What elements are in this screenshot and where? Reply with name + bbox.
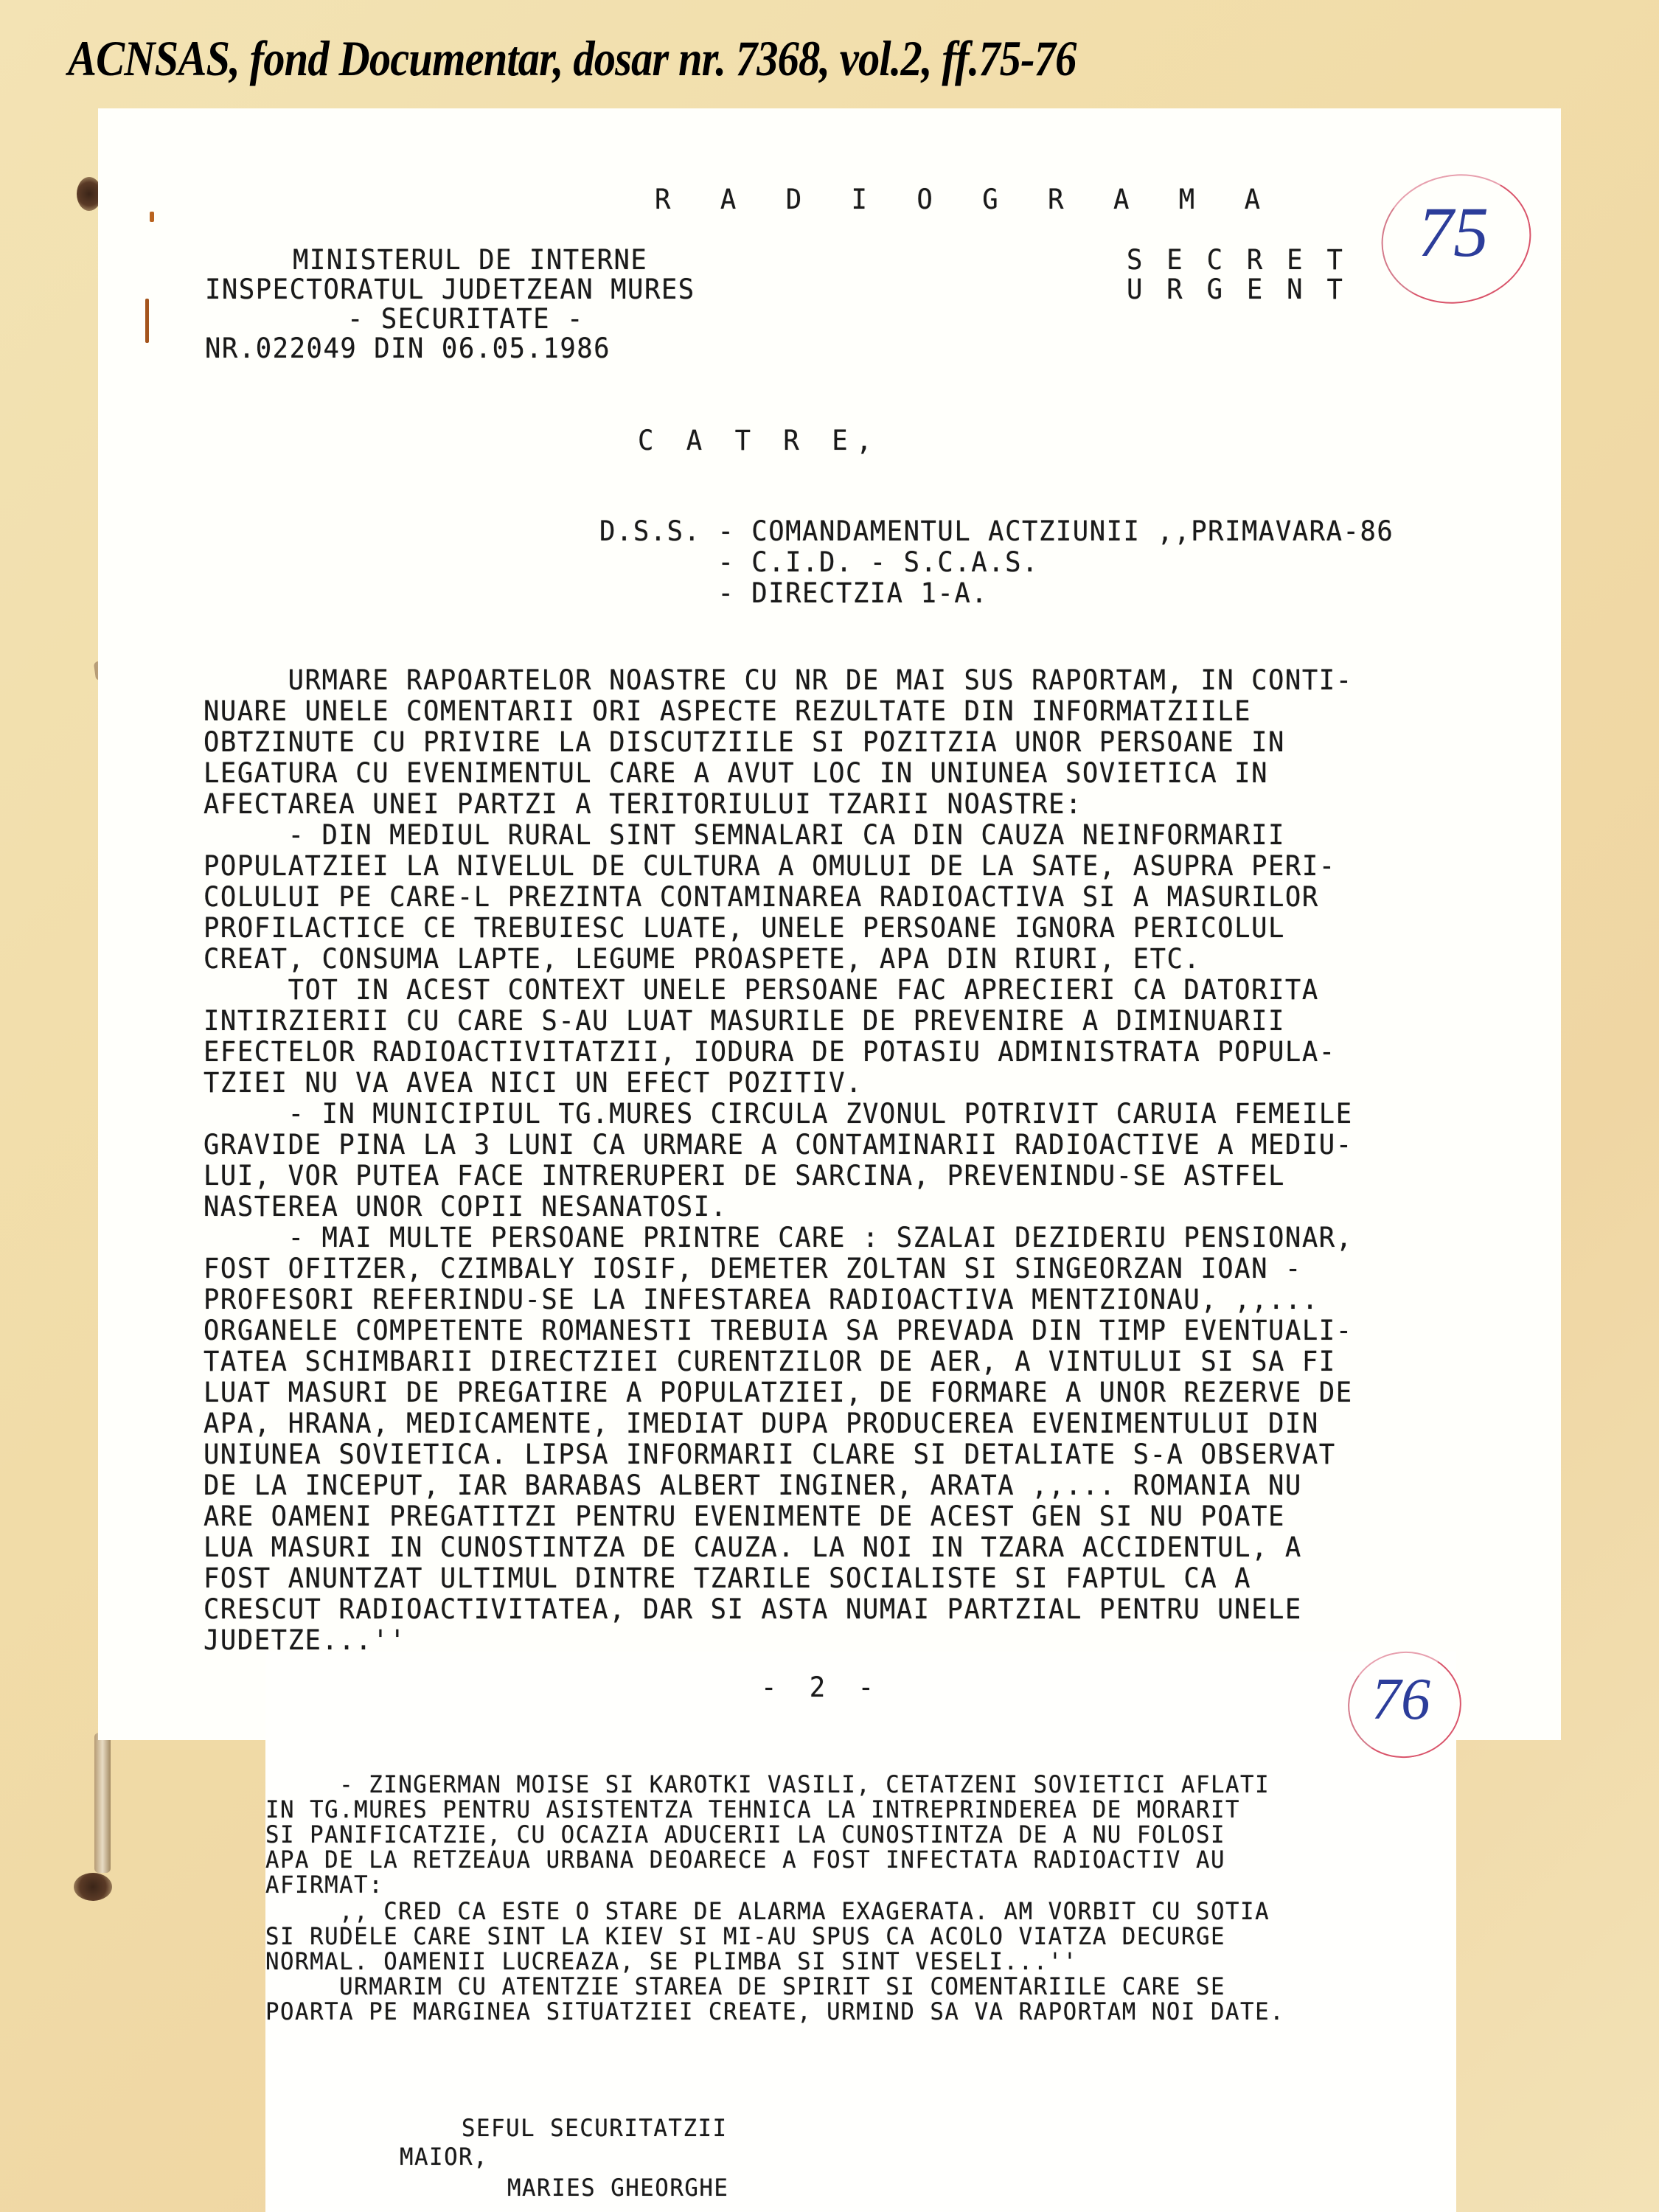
body-line: COLULUI PE CARE-L PREZINTA CONTAMINAREA … <box>204 882 1353 913</box>
body-line: LUAT MASURI DE PREGATIRE A POPULATZIEI, … <box>204 1377 1353 1408</box>
body-line: OBTZINUTE CU PRIVIRE LA DISCUTZIILE SI P… <box>204 727 1353 758</box>
body-line: UNIUNEA SOVIETICA. LIPSA INFORMARII CLAR… <box>204 1439 1353 1470</box>
body-line: - ZINGERMAN MOISE SI KAROTKI VASILI, CET… <box>265 1772 1284 1797</box>
body-line: PROFESORI REFERINDU-SE LA INFESTAREA RAD… <box>204 1284 1353 1315</box>
body-line: INTIRZIERII CU CARE S-AU LUAT MASURILE D… <box>204 1006 1353 1037</box>
body-line: - DIN MEDIUL RURAL SINT SEMNALARI CA DIN… <box>204 820 1353 851</box>
body-line: SI RUDELE CARE SINT LA KIEV SI MI-AU SPU… <box>265 1924 1284 1949</box>
body-line: ORGANELE COMPETENTE ROMANESTI TREBUIA SA… <box>204 1315 1353 1346</box>
binding-string-vertical <box>94 1733 111 1873</box>
folio-stamp-number: 76 <box>1371 1670 1430 1729</box>
body-line: IN TG.MURES PENTRU ASISTENTZA TEHNICA LA… <box>265 1797 1284 1822</box>
document-number-date: NR.022049 DIN 06.05.1986 <box>205 333 611 364</box>
addressee-line: D.S.S. - COMANDAMENTUL ACTZIUNII ,,PRIMA… <box>599 516 1394 547</box>
report-body-continued: - ZINGERMAN MOISE SI KAROTKI VASILI, CET… <box>265 1772 1327 2024</box>
signature-title: SEFUL SECURITATZII <box>462 2112 728 2143</box>
signature-rank: MAIOR, <box>400 2141 488 2172</box>
body-line: LEGATURA CU EVENIMENTUL CARE A AVUT LOC … <box>204 758 1353 789</box>
body-line: URMARIM CU ATENTZIE STAREA DE SPIRIT SI … <box>265 1974 1284 1999</box>
document-page-2: - 2 - 76 - ZINGERMAN MOISE SI KAROTKI VA… <box>265 1652 1456 2212</box>
addressee-list: D.S.S. - COMANDAMENTUL ACTZIUNII ,,PRIMA… <box>599 516 1427 609</box>
body-line: FOST ANUNTZAT ULTIMUL DINTRE TZARILE SOC… <box>204 1563 1353 1594</box>
folio-stamp-number: 75 <box>1418 197 1489 268</box>
body-line: ,, CRED CA ESTE O STARE DE ALARMA EXAGER… <box>265 1899 1284 1924</box>
body-line: DE LA INCEPUT, IAR BARABAS ALBERT INGINE… <box>204 1470 1353 1501</box>
body-line: EFECTELOR RADIOACTIVITATZII, IODURA DE P… <box>204 1037 1353 1068</box>
body-line: POARTA PE MARGINEA SITUATZIEI CREATE, UR… <box>265 1999 1284 2024</box>
body-line: FOST OFITZER, CZIMBALY IOSIF, DEMETER ZO… <box>204 1253 1353 1284</box>
classification-urgent: U R G E N T <box>1127 274 1347 305</box>
body-line: LUI, VOR PUTEA FACE INTRERUPERI DE SARCI… <box>204 1161 1353 1192</box>
document-type-heading: R A D I O G R A M A <box>655 184 1277 215</box>
body-line: ARE OAMENI PREGATITZI PENTRU EVENIMENTE … <box>204 1501 1353 1532</box>
addressee-heading: C A T R E, <box>638 425 880 456</box>
addressee-line: - DIRECTZIA 1-A. <box>599 578 1394 609</box>
body-line: LUA MASURI IN CUNOSTINTZA DE CAUZA. LA N… <box>204 1532 1353 1563</box>
body-line: GRAVIDE PINA LA 3 LUNI CA URMARE A CONTA… <box>204 1130 1353 1161</box>
body-line: TATEA SCHIMBARII DIRECTZIEI CURENTZILOR … <box>204 1346 1353 1377</box>
report-body: URMARE RAPOARTELOR NOASTRE CU NR DE MAI … <box>204 665 1401 1656</box>
body-line: AFIRMAT: <box>265 1872 1284 1899</box>
body-line: - IN MUNICIPIUL TG.MURES CIRCULA ZVONUL … <box>204 1099 1353 1130</box>
rust-speck <box>150 212 154 222</box>
body-line: PROFILACTICE CE TREBUIESC LUATE, UNELE P… <box>204 913 1353 944</box>
body-line: CREAT, CONSUMA LAPTE, LEGUME PROASPETE, … <box>204 944 1353 975</box>
body-line: - MAI MULTE PERSOANE PRINTRE CARE : SZAL… <box>204 1222 1353 1253</box>
binding-hole-bottom <box>74 1873 112 1901</box>
body-line: AFECTAREA UNEI PARTZI A TERITORIULUI TZA… <box>204 789 1353 820</box>
sender-department: - SECURITATE - <box>347 304 584 335</box>
body-line: SI PANIFICATZIE, CU OCAZIA ADUCERII LA C… <box>265 1822 1284 1847</box>
body-line: CRESCUT RADIOACTIVITATEA, DAR SI ASTA NU… <box>204 1594 1353 1625</box>
body-line: URMARE RAPOARTELOR NOASTRE CU NR DE MAI … <box>204 665 1353 696</box>
body-line: TZIEI NU VA AVEA NICI UN EFECT POZITIV. <box>204 1068 1353 1099</box>
page-number: - 2 - <box>761 1672 883 1703</box>
body-line: APA DE LA RETZEAUA URBANA DEOARECE A FOS… <box>265 1847 1284 1872</box>
body-line: NORMAL. OAMENII LUCREAZA, SE PLIMBA SI S… <box>265 1949 1284 1974</box>
classification-secret: S E C R E T <box>1127 245 1347 276</box>
signature-name: MARIES GHEORGHE <box>507 2172 728 2203</box>
document-page-1: R A D I O G R A M A MINISTERUL DE INTERN… <box>98 108 1561 1740</box>
archive-reference: ACNSAS, fond Documentar, dosar nr. 7368,… <box>68 29 1077 88</box>
sender-ministry: MINISTERUL DE INTERNE <box>293 245 647 276</box>
body-line: NUARE UNELE COMENTARII ORI ASPECTE REZUL… <box>204 696 1353 727</box>
addressee-line: - C.I.D. - S.C.A.S. <box>599 547 1394 578</box>
sender-inspectorate: INSPECTORATUL JUDETZEAN MURES <box>205 274 695 305</box>
body-line: APA, HRANA, MEDICAMENTE, IMEDIAT DUPA PR… <box>204 1408 1353 1439</box>
body-line: TOT IN ACEST CONTEXT UNELE PERSOANE FAC … <box>204 975 1353 1006</box>
body-line: NASTEREA UNOR COPII NESANATOSI. <box>204 1192 1353 1222</box>
body-line: POPULATZIEI LA NIVELUL DE CULTURA A OMUL… <box>204 851 1353 882</box>
rust-speck <box>145 299 149 343</box>
